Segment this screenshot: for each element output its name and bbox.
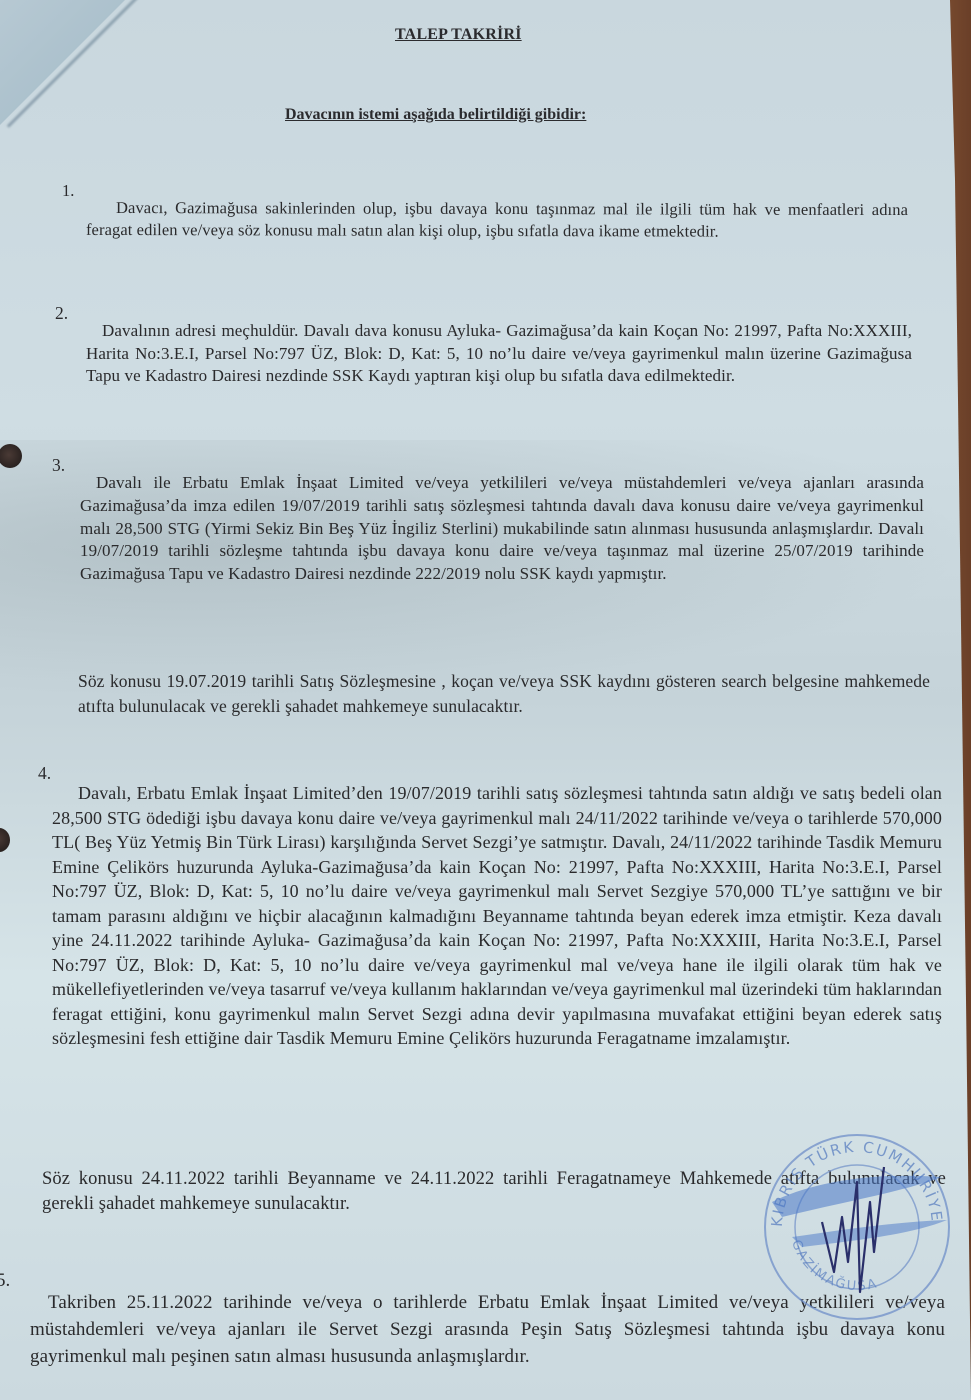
document-title: TALEP TAKRİRİ <box>395 26 522 44</box>
paragraph-4: Davalı, Erbatu Emlak İnşaat Limited’den … <box>52 763 942 1069</box>
paragraph-text: Davalı, Erbatu Emlak İnşaat Limited’den … <box>52 781 942 1051</box>
paragraph-note: Söz konusu 19.07.2019 tarihli Satış Sözl… <box>78 669 930 719</box>
paragraph-1: Davacı, Gazimağusa sakinlerinden olup, i… <box>86 180 908 259</box>
document-page: TALEP TAKRİRİ Davacının istemi aşağıda b… <box>0 0 971 1400</box>
paragraph-number: 2. <box>55 303 68 324</box>
paragraph-text: Davalı ile Erbatu Emlak İnşaat Limited v… <box>80 472 924 586</box>
paragraph-number: 4. <box>38 763 51 784</box>
stamp-ink-smear <box>792 1220 947 1247</box>
paragraph-3: Davalı ile Erbatu Emlak İnşaat Limited v… <box>80 455 924 603</box>
paragraph-number: 1. <box>62 181 74 201</box>
punch-hole <box>0 444 22 468</box>
paragraph-number: 5. <box>0 1270 10 1292</box>
document-subtitle: Davacının istemi aşağıda belirtildiği gi… <box>285 106 586 124</box>
paragraph-text: Davacı, Gazimağusa sakinlerinden olup, i… <box>86 196 908 242</box>
paragraph-text: Davalının adresi meçhuldür. Davalı dava … <box>86 320 912 388</box>
paragraph-number: 3. <box>52 455 65 476</box>
official-stamp: KIBRIS TÜRK CUMHURİYETİ GAZİMAĞUSA <box>752 1122 962 1332</box>
punch-hole <box>0 828 10 852</box>
paragraph-3-note: Söz konusu 19.07.2019 tarihli Satış Sözl… <box>78 651 930 736</box>
paragraph-2: Davalının adresi meçhuldür. Davalı dava … <box>86 303 912 405</box>
